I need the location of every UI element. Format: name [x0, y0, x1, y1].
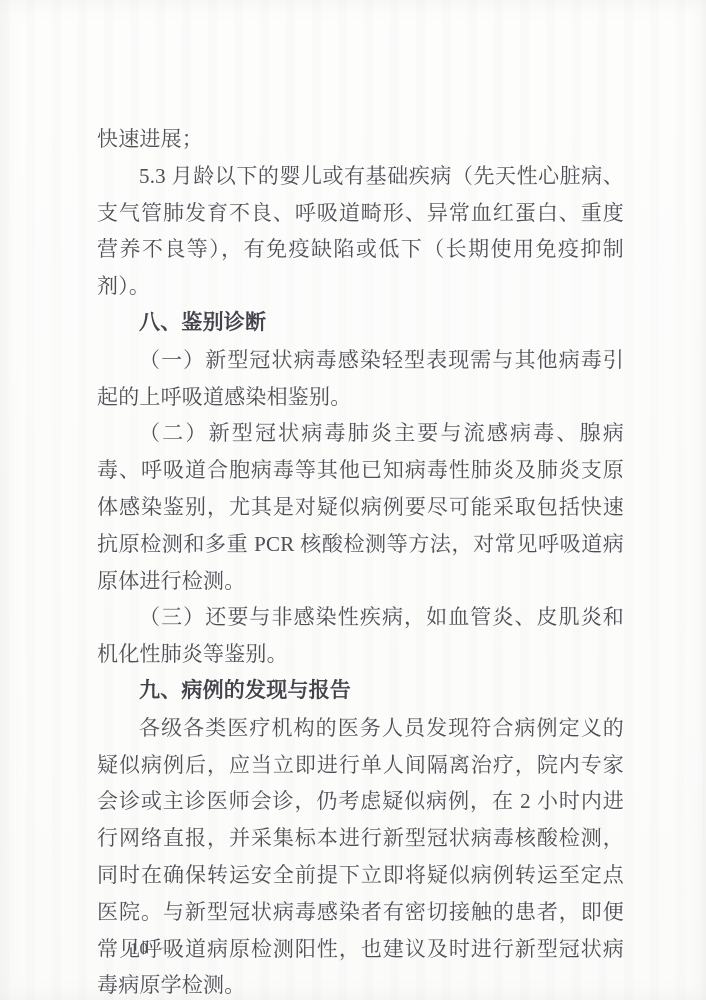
paragraph-continuation: 快速进展；	[97, 121, 624, 158]
page-number: 10	[130, 939, 149, 959]
footer-right-dash: —	[161, 939, 178, 957]
paragraph-diff-3: （三）还要与非感染性疾病，如血管炎、皮肌炎和机化性肺炎等鉴别。	[97, 599, 624, 673]
document-page: 快速进展； 5.3 月龄以下的婴儿或有基础疾病（先天性心脏病、支气管肺发育不良、…	[0, 0, 706, 1000]
document-body: 快速进展； 5.3 月龄以下的婴儿或有基础疾病（先天性心脏病、支气管肺发育不良、…	[97, 121, 624, 1000]
page-footer: — 10 —	[101, 939, 178, 959]
section-heading-case-detection-reporting: 九、病例的发现与报告	[97, 673, 624, 710]
paragraph-item-5-3: 5.3 月龄以下的婴儿或有基础疾病（先天性心脏病、支气管肺发育不良、呼吸道畸形、…	[97, 158, 624, 305]
section-heading-differential-diagnosis: 八、鉴别诊断	[97, 305, 624, 342]
footer-left-dash: —	[101, 939, 118, 957]
paragraph-diff-2: （二）新型冠状病毒肺炎主要与流感病毒、腺病毒、呼吸道合胞病毒等其他已知病毒性肺炎…	[97, 415, 624, 599]
paragraph-diff-1: （一）新型冠状病毒感染轻型表现需与其他病毒引起的上呼吸道感染相鉴别。	[97, 342, 624, 416]
